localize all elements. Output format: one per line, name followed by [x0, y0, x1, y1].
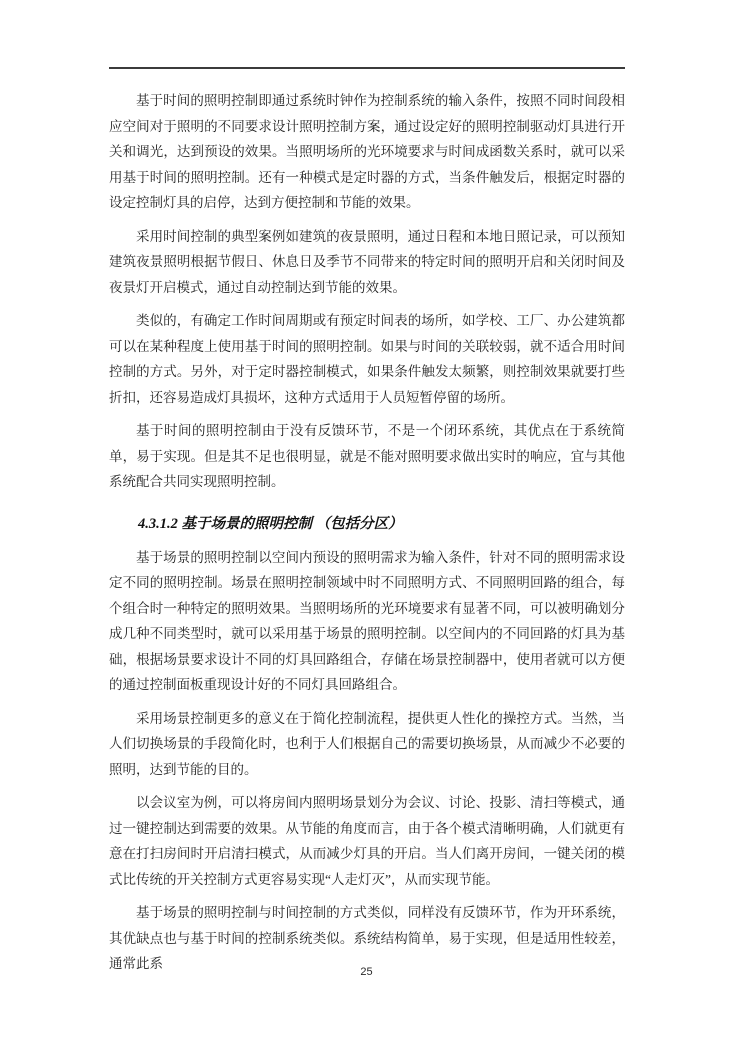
paragraph-scene-control-intro: 基于场景的照明控制以空间内预设的照明需求为输入条件，针对不同的照明需求设定不同的… — [109, 545, 625, 698]
paragraph-time-control-intro: 基于时间的照明控制即通过系统时钟作为控制系统的输入条件，按照不同时间段相应空间对… — [109, 88, 625, 216]
paragraph-scene-control-benefits: 采用场景控制更多的意义在于简化控制流程，提供更人性化的操控方式。当然，当人们切换… — [109, 706, 625, 783]
paragraph-nightscape-example: 采用时间控制的典型案例如建筑的夜景照明，通过日程和本地日照记录，可以预知建筑夜景… — [109, 224, 625, 301]
section-heading-4-3-1-2: 4.3.1.2 基于场景的照明控制 （包括分区） — [109, 511, 625, 537]
header-rule — [109, 67, 625, 69]
paragraph-time-control-pros-cons: 基于时间的照明控制由于没有反馈环节，不是一个闭环系统，其优点在于系统简单，易于实… — [109, 418, 625, 495]
page-number: 25 — [0, 966, 733, 978]
document-page: 基于时间的照明控制即通过系统时钟作为控制系统的输入条件，按照不同时间段相应空间对… — [0, 0, 733, 1037]
page-content: 基于时间的照明控制即通过系统时钟作为控制系统的输入条件，按照不同时间段相应空间对… — [109, 88, 625, 985]
paragraph-meeting-room-example: 以会议室为例，可以将房间内照明场景划分为会议、讨论、投影、清扫等模式，通过一键控… — [109, 790, 625, 892]
paragraph-applicable-places: 类似的，有确定工作时间周期或有预定时间表的场所，如学校、工厂、办公建筑都可以在某… — [109, 308, 625, 410]
